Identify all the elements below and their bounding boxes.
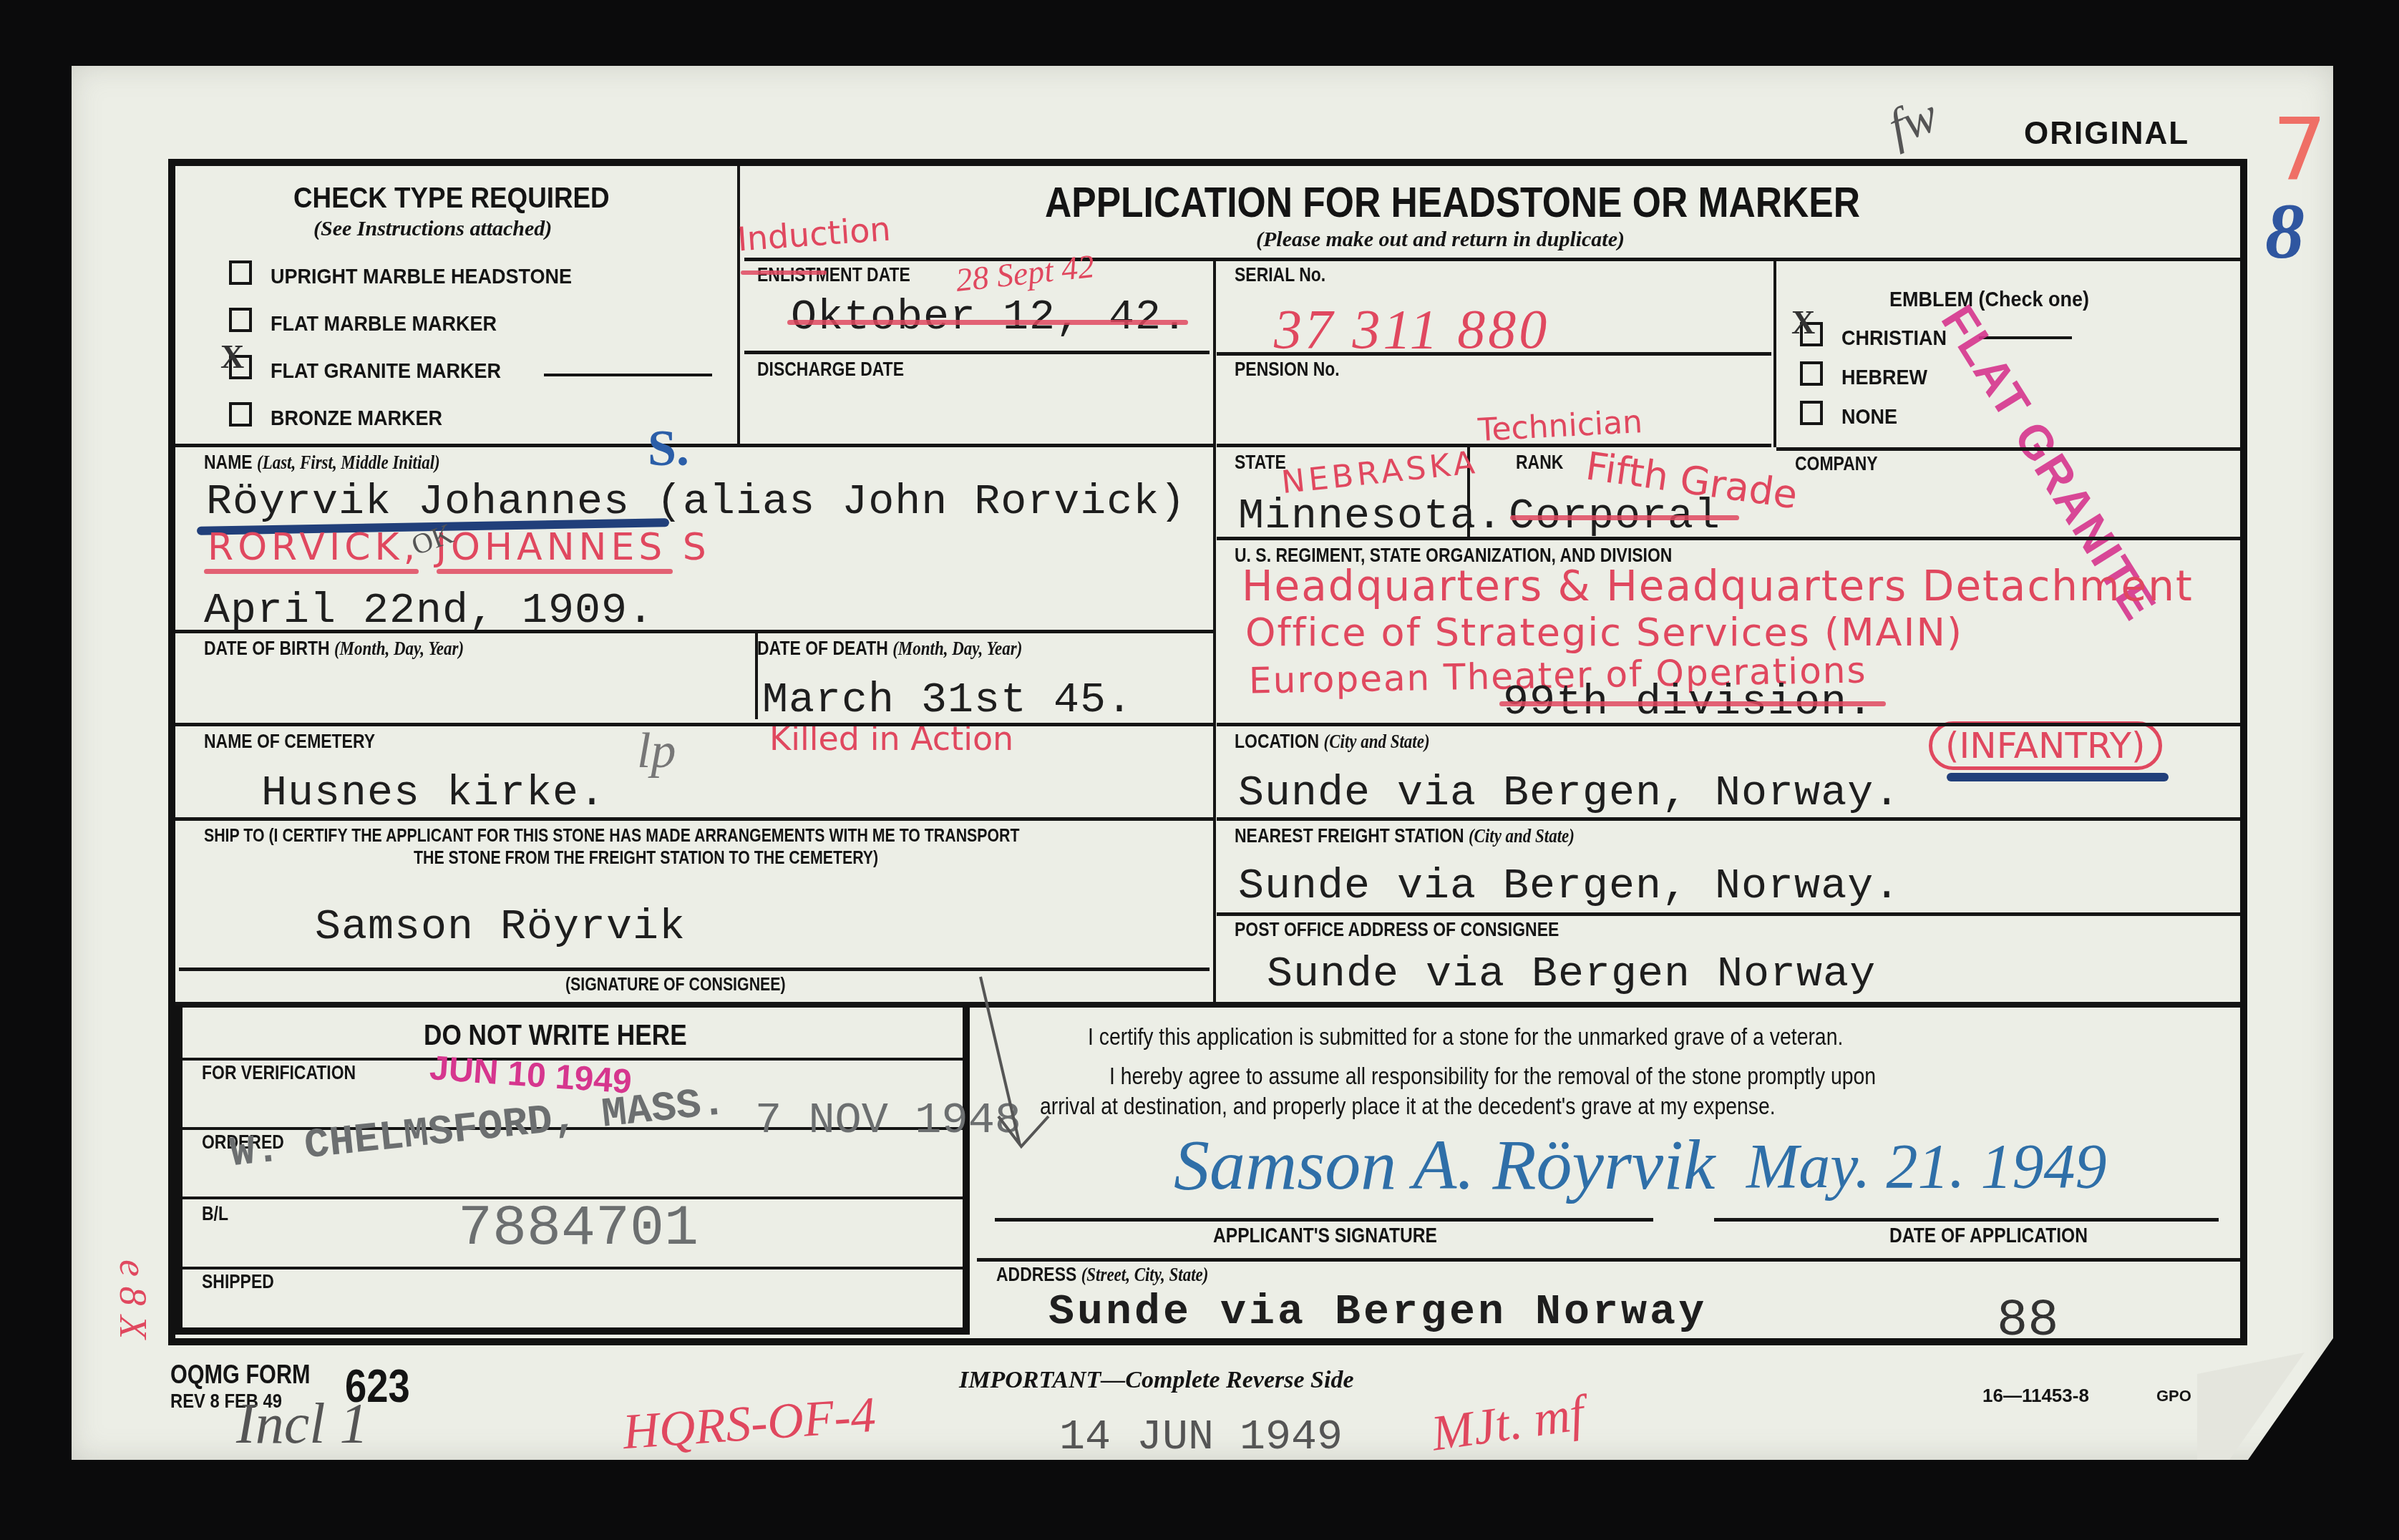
date-of-birth-label: DATE OF BIRTH (Month, Day, Year) bbox=[204, 637, 464, 661]
print-code: 16—11453-8 bbox=[1982, 1385, 2089, 1407]
granite-marker-line bbox=[544, 374, 712, 376]
red-underline bbox=[437, 569, 673, 574]
address-label: ADDRESS (Street, City, State) bbox=[996, 1263, 1208, 1287]
cemetery-label: NAME OF CEMETERY bbox=[204, 730, 375, 753]
check-x-mark: X bbox=[1791, 303, 1815, 341]
freight-station-label: NEAREST FREIGHT STATION (City and State) bbox=[1235, 824, 1575, 848]
option-label: BRONZE MARKER bbox=[271, 406, 442, 431]
divider bbox=[744, 351, 1210, 354]
left-margin-note: e 8 X bbox=[111, 1259, 155, 1339]
state-label: STATE bbox=[1235, 451, 1286, 474]
divider bbox=[175, 444, 1213, 447]
margin-number-red: 7 bbox=[2272, 100, 2327, 200]
checkbox-hebrew[interactable] bbox=[1800, 361, 1823, 386]
cemetery-pencil-note: lp bbox=[637, 723, 676, 780]
location-label: LOCATION (City and State) bbox=[1235, 730, 1430, 754]
location-value[interactable]: Sunde via Bergen, Norway. bbox=[1238, 769, 1900, 818]
divider bbox=[175, 630, 1213, 633]
check-x-mark: X bbox=[220, 338, 244, 376]
office-use-heading: DO NOT WRITE HERE bbox=[424, 1020, 687, 1052]
form-subtitle: (Please make out and return in duplicate… bbox=[1256, 228, 1625, 252]
number-mark: 88 bbox=[1997, 1292, 2058, 1350]
printer-code: GPO bbox=[2156, 1387, 2191, 1405]
date-line bbox=[1714, 1218, 2219, 1222]
enlistment-date-value[interactable]: Oktober 12, 42. bbox=[791, 293, 1188, 342]
pencil-arrow-mark bbox=[977, 973, 1056, 1159]
name-correction: RORVICK, JOHANNES S bbox=[208, 526, 711, 569]
divider bbox=[1217, 537, 2240, 540]
name-initial-blue: S. bbox=[648, 419, 689, 478]
red-strike bbox=[1499, 701, 1886, 706]
serial-no-label: SERIAL No. bbox=[1235, 263, 1325, 286]
form-id-line1: OQMG FORM bbox=[170, 1360, 310, 1390]
certify-line2: I hereby agree to assume all responsibil… bbox=[1109, 1063, 1876, 1090]
option-label: FLAT MARBLE MARKER bbox=[271, 312, 497, 336]
check-type-heading: CHECK TYPE REQUIRED bbox=[293, 182, 610, 215]
ship-to-hint-line2: THE STONE FROM THE FREIGHT STATION TO TH… bbox=[414, 847, 878, 869]
date-of-birth-value[interactable]: April 22nd, 1909. bbox=[204, 587, 654, 635]
divider bbox=[175, 723, 1213, 726]
divider bbox=[1217, 817, 2240, 821]
regiment-correction-line2: Office of Strategic Services (MAIN) bbox=[1245, 610, 1963, 655]
cemetery-value[interactable]: Husnes kirke. bbox=[261, 769, 605, 818]
checkbox-bronze-marker[interactable] bbox=[229, 402, 252, 427]
state-value[interactable]: Minnesota. bbox=[1238, 492, 1503, 541]
signature-line bbox=[995, 1218, 1653, 1222]
emblem-heading: EMBLEM (Check one) bbox=[1889, 288, 2089, 312]
divider bbox=[1217, 352, 1771, 356]
certify-line3: arrival at destination, and properly pla… bbox=[1040, 1093, 1776, 1120]
emblem-option-label: NONE bbox=[1841, 405, 1897, 429]
copy-label: ORIGINAL bbox=[2024, 116, 2189, 152]
consignee-address-label: POST OFFICE ADDRESS OF CONSIGNEE bbox=[1235, 918, 1559, 941]
divider bbox=[1213, 261, 1216, 1002]
divider bbox=[1776, 447, 2240, 451]
pension-no-label: PENSION No. bbox=[1235, 358, 1340, 381]
checkbox-upright-marble-headstone[interactable] bbox=[229, 260, 252, 285]
certify-line1: I certify this application is submitted … bbox=[1088, 1023, 1843, 1051]
divider bbox=[1773, 261, 1776, 447]
checkbox-flat-marble-marker[interactable] bbox=[229, 308, 252, 332]
shipped-label: SHIPPED bbox=[202, 1270, 274, 1293]
check-type-subheading: (See Instructions attached) bbox=[313, 217, 552, 241]
margin-number-blue: 8 bbox=[2265, 186, 2305, 277]
date-of-death-value[interactable]: March 31st 45. bbox=[762, 676, 1133, 725]
important-note: IMPORTANT—Complete Reverse Side bbox=[959, 1367, 1354, 1394]
regiment-correction-line1: Headquarters & Headquarters Detachment bbox=[1242, 562, 2194, 610]
handwritten-incl: Incl 1 bbox=[236, 1392, 368, 1457]
name-label: NAME (Last, First, Middle Initial) bbox=[204, 451, 440, 474]
rank-label: RANK bbox=[1516, 451, 1563, 474]
option-label: FLAT GRANITE MARKER bbox=[271, 359, 501, 384]
name-value[interactable]: Röyrvik Johannes (alias John Rorvick) bbox=[206, 478, 1186, 527]
date-of-death-label: DATE OF DEATH (Month, Day, Year) bbox=[757, 637, 1022, 661]
blue-underline bbox=[1947, 773, 2169, 781]
divider bbox=[1217, 912, 2240, 916]
regiment-infantry-note: (INFANTRY) bbox=[1929, 721, 2162, 770]
application-date[interactable]: May. 21. 1949 bbox=[1746, 1131, 2107, 1203]
signature-label: APPLICANT'S SIGNATURE bbox=[1213, 1224, 1437, 1248]
red-strike bbox=[787, 320, 1188, 325]
applicant-signature[interactable]: Samson A. Röyrvik bbox=[1174, 1124, 1715, 1206]
divider bbox=[183, 1267, 963, 1269]
red-strike bbox=[741, 271, 827, 275]
emblem-option-label: HEBREW bbox=[1841, 366, 1927, 390]
red-underline bbox=[204, 569, 419, 574]
date-label: DATE OF APPLICATION bbox=[1889, 1224, 2088, 1248]
consignee-signature-label: (SIGNATURE OF CONSIGNEE) bbox=[565, 973, 786, 995]
discharge-date-label: DISCHARGE DATE bbox=[757, 358, 904, 381]
option-label: UPRIGHT MARBLE HEADSTONE bbox=[271, 265, 572, 289]
divider bbox=[1217, 723, 2240, 726]
divider bbox=[175, 817, 1213, 821]
ship-to-label: SHIP TO (I CERTIFY THE APPLICANT FOR THI… bbox=[204, 824, 1020, 847]
for-verification-label: FOR VERIFICATION bbox=[202, 1061, 356, 1084]
red-strike bbox=[1510, 515, 1739, 520]
form-title: APPLICATION FOR HEADSTONE OR MARKER bbox=[1045, 177, 1860, 227]
emblem-option-label: CHRISTIAN bbox=[1841, 326, 1947, 351]
freight-station-value[interactable]: Sunde via Bergen, Norway. bbox=[1238, 862, 1900, 911]
address-value[interactable]: Sunde via Bergen Norway bbox=[1048, 1288, 1707, 1337]
checkbox-none[interactable] bbox=[1800, 401, 1823, 425]
divider bbox=[977, 1258, 2240, 1262]
bl-label: B/L bbox=[202, 1202, 228, 1225]
divider bbox=[179, 968, 1210, 971]
footer-date-stamp: 14 JUN 1949 bbox=[1059, 1413, 1343, 1462]
company-label: COMPANY bbox=[1795, 452, 1878, 475]
consignee-address-value[interactable]: Sunde via Bergen Norway bbox=[1267, 950, 1876, 999]
bl-value[interactable]: 7884701 bbox=[458, 1197, 699, 1262]
enlistment-date-label: ENLISTMENT DATE bbox=[757, 263, 910, 286]
ship-to-value[interactable]: Samson Röyrvik bbox=[315, 903, 686, 952]
divider bbox=[737, 166, 740, 444]
